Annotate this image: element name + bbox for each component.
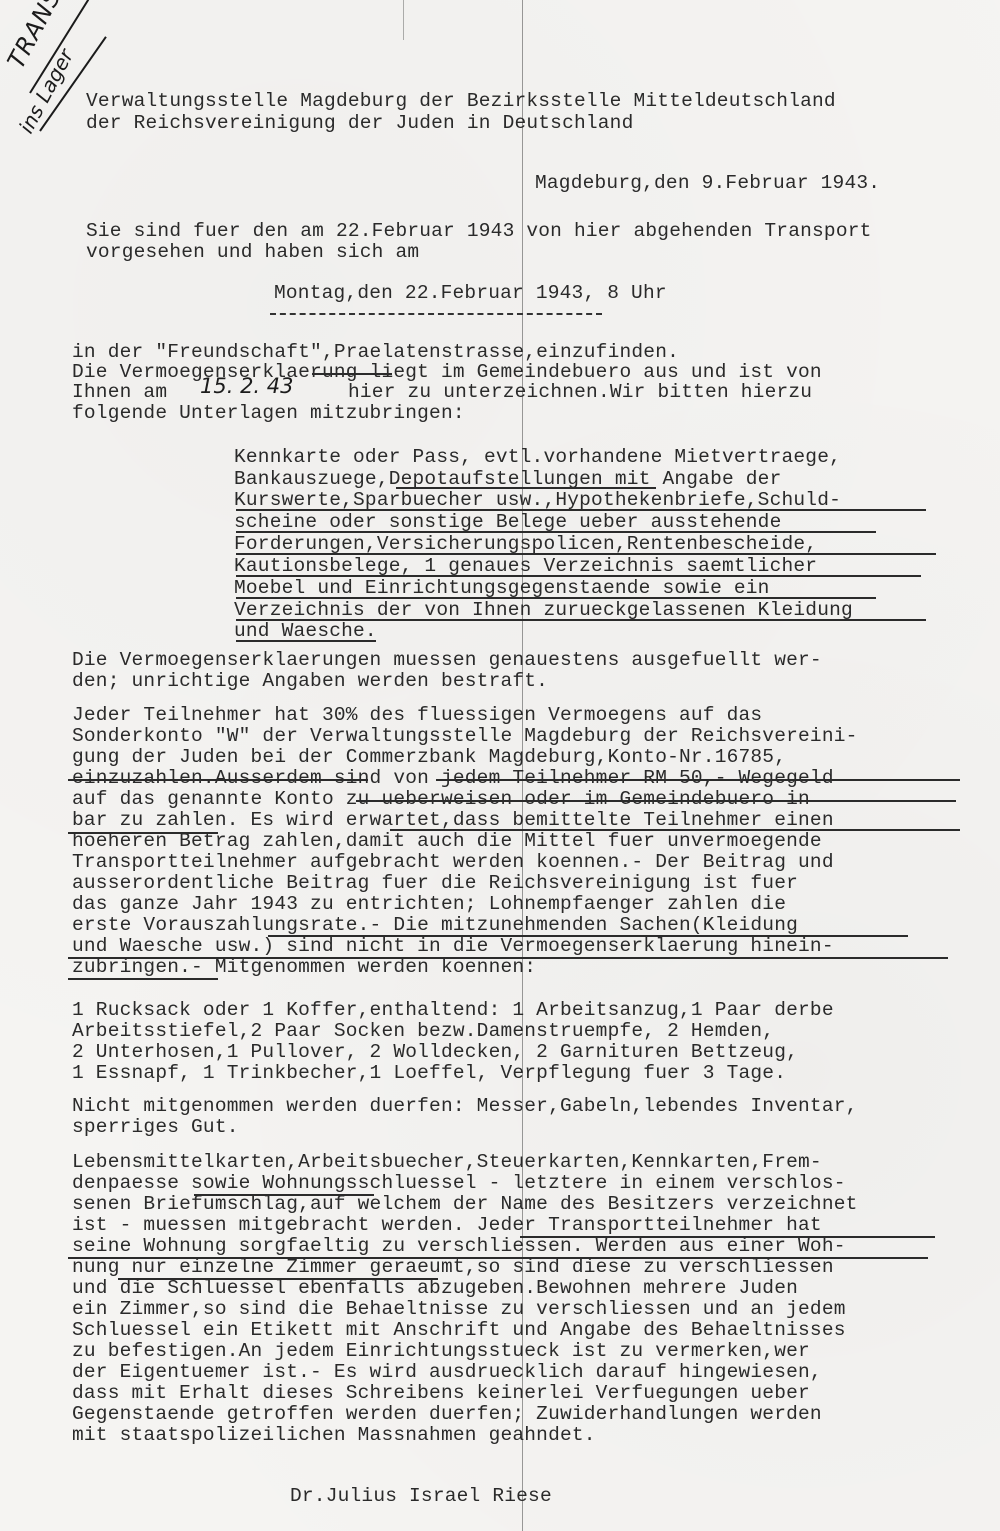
pencil-underline — [236, 640, 376, 642]
pencil-underline — [236, 553, 936, 555]
para3-line: Sonderkonto "W" der Verwaltungsstelle Ma… — [72, 726, 858, 746]
list-item: und Waesche. — [234, 621, 377, 641]
para3-line: auf das genannte Konto zu ueberweisen od… — [72, 789, 810, 809]
para5-line: sperriges Gut. — [72, 1117, 239, 1137]
intro-line-2: vorgesehen und haben sich am — [86, 242, 419, 262]
para5-line: Nicht mitgenommen werden duerfen: Messer… — [72, 1096, 858, 1116]
list-item: Kurswerte,Sparbuecher usw.,Hypothekenbri… — [234, 490, 841, 510]
list-item: Bankauszuege,Depotaufstellungen mit Anga… — [234, 469, 782, 489]
para6-line: Gegenstaende getroffen werden duerfen; Z… — [72, 1404, 822, 1424]
para6-line: Lebensmittelkarten,Arbeitsbuecher,Steuer… — [72, 1152, 822, 1172]
para3-line: ausserordentliche Beitrag fuer die Reich… — [72, 873, 798, 893]
para6-line: ist - muessen mitgebracht werden. Jeder … — [72, 1215, 822, 1235]
signature: Dr.Julius Israel Riese — [290, 1486, 552, 1506]
para4-line: Arbeitsstiefel,2 Paar Socken bezw.Damens… — [72, 1021, 774, 1041]
appointment-underline — [270, 313, 602, 315]
strikethrough — [68, 779, 368, 781]
para4-line: 2 Unterhosen,1 Pullover, 2 Wolldecken, 2… — [72, 1042, 798, 1062]
appointment-line: Montag,den 22.Februar 1943, 8 Uhr — [274, 283, 667, 303]
para4-line: 1 Rucksack oder 1 Koffer,enthaltend: 1 A… — [72, 1000, 834, 1020]
para1-line-4: folgende Unterlagen mitzubringen: — [72, 403, 465, 423]
letterhead-line-2: der Reichsvereinigung der Juden in Deuts… — [86, 113, 634, 133]
para6-line: denpaesse sowie Wohnungsschluessel - let… — [72, 1173, 846, 1193]
para6-line: seine Wohnung sorgfaeltig zu verschliess… — [72, 1236, 846, 1256]
intro-line-1: Sie sind fuer den am 22.Februar 1943 von… — [86, 221, 872, 241]
para2-line-1: Die Vermoegenserklaerungen muessen genau… — [72, 650, 822, 670]
para3-line: Transportteilnehmer aufgebracht werden k… — [72, 852, 834, 872]
para6-line: mit staatspolizeilichen Massnahmen geahn… — [72, 1425, 596, 1445]
list-item: Moebel und Einrichtungsgegenstaende sowi… — [234, 578, 770, 598]
handwritten-signing-date: 15. 2. 43 — [200, 374, 294, 398]
para3-line: gung der Juden bei der Commerzbank Magde… — [72, 747, 786, 767]
para1-line-1: in der "Freundschaft",Praelatenstrasse,e… — [72, 342, 679, 362]
para3-line: zubringen.- Mitgenommen werden koennen: — [72, 957, 536, 977]
para3-line: einzuzahlen.Ausserdem sind von jedem Tei… — [72, 768, 834, 788]
para6-line: der Eigentuemer ist.- Es wird ausdrueckl… — [72, 1362, 822, 1382]
para6-line: nung nur einzelne Zimmer geraeumt,so sin… — [72, 1257, 834, 1277]
para6-line: zu befestigen.An jedem Einrichtungsstuec… — [72, 1341, 810, 1361]
list-item: scheine oder sonstige Belege ueber ausst… — [234, 512, 782, 532]
list-item: Kennkarte oder Pass, evtl.vorhandene Mie… — [234, 447, 841, 467]
para6-line: senen Briefumschlag,auf welchem der Name… — [72, 1194, 858, 1214]
pencil-underline — [68, 978, 218, 980]
pencil-underline — [236, 619, 926, 621]
para3-line: erste Vorauszahlungsrate.- Die mitzunehm… — [72, 915, 798, 935]
para3-line: hoeheren Betrag zahlen,damit auch die Mi… — [72, 831, 822, 851]
para3-line: Jeder Teilnehmer hat 30% des fluessigen … — [72, 705, 762, 725]
strikethrough — [436, 779, 960, 781]
list-item: Forderungen,Versicherungspolicen,Rentenb… — [234, 534, 817, 554]
pencil-underline — [236, 509, 926, 511]
fold-crease-top — [403, 0, 404, 40]
list-item: Kautionsbelege, 1 genaues Verzeichnis sa… — [234, 556, 817, 576]
pencil-underline — [356, 800, 956, 802]
letterhead-line-1: Verwaltungsstelle Magdeburg der Bezirkss… — [86, 91, 836, 111]
para3-line: das ganze Jahr 1943 zu entrichten; Lohne… — [72, 894, 786, 914]
pencil-underline — [236, 575, 921, 577]
dateline: Magdeburg,den 9.Februar 1943. — [535, 173, 880, 193]
para6-line: Schluessel ein Etikett mit Anschrift und… — [72, 1320, 846, 1340]
para1-line-3a: Ihnen am — [72, 382, 167, 402]
para6-line: dass mit Erhalt dieses Schreibens keiner… — [72, 1383, 810, 1403]
para2-line-2: den; unrichtige Angaben werden bestraft. — [72, 671, 548, 691]
list-item: Verzeichnis der von Ihnen zurueckgelasse… — [234, 600, 853, 620]
pencil-underline — [396, 487, 656, 489]
para1-line-3b: hier zu unterzeichnen.Wir bitten hierzu — [348, 382, 812, 402]
document-page: TRANSPORT ins Lager Verwaltungsstelle Ma… — [0, 0, 1000, 1531]
strikethrough — [312, 373, 392, 375]
pencil-underline — [236, 531, 876, 533]
para3-line: und Waesche usw.) sind nicht in die Verm… — [72, 936, 834, 956]
pencil-underline — [236, 597, 876, 599]
para3-line: bar zu zahlen. Es wird erwartet,dass bem… — [72, 810, 834, 830]
para1-line-2: Die Vermoegenserklaerung liegt im Gemein… — [72, 362, 822, 382]
para6-line: und die Schluessel ebenfalls abzugeben.B… — [72, 1278, 798, 1298]
para4-line: 1 Essnapf, 1 Trinkbecher,1 Loeffel, Verp… — [72, 1063, 786, 1083]
para6-line: ein Zimmer,so sind die Behaeltnisse zu v… — [72, 1299, 846, 1319]
